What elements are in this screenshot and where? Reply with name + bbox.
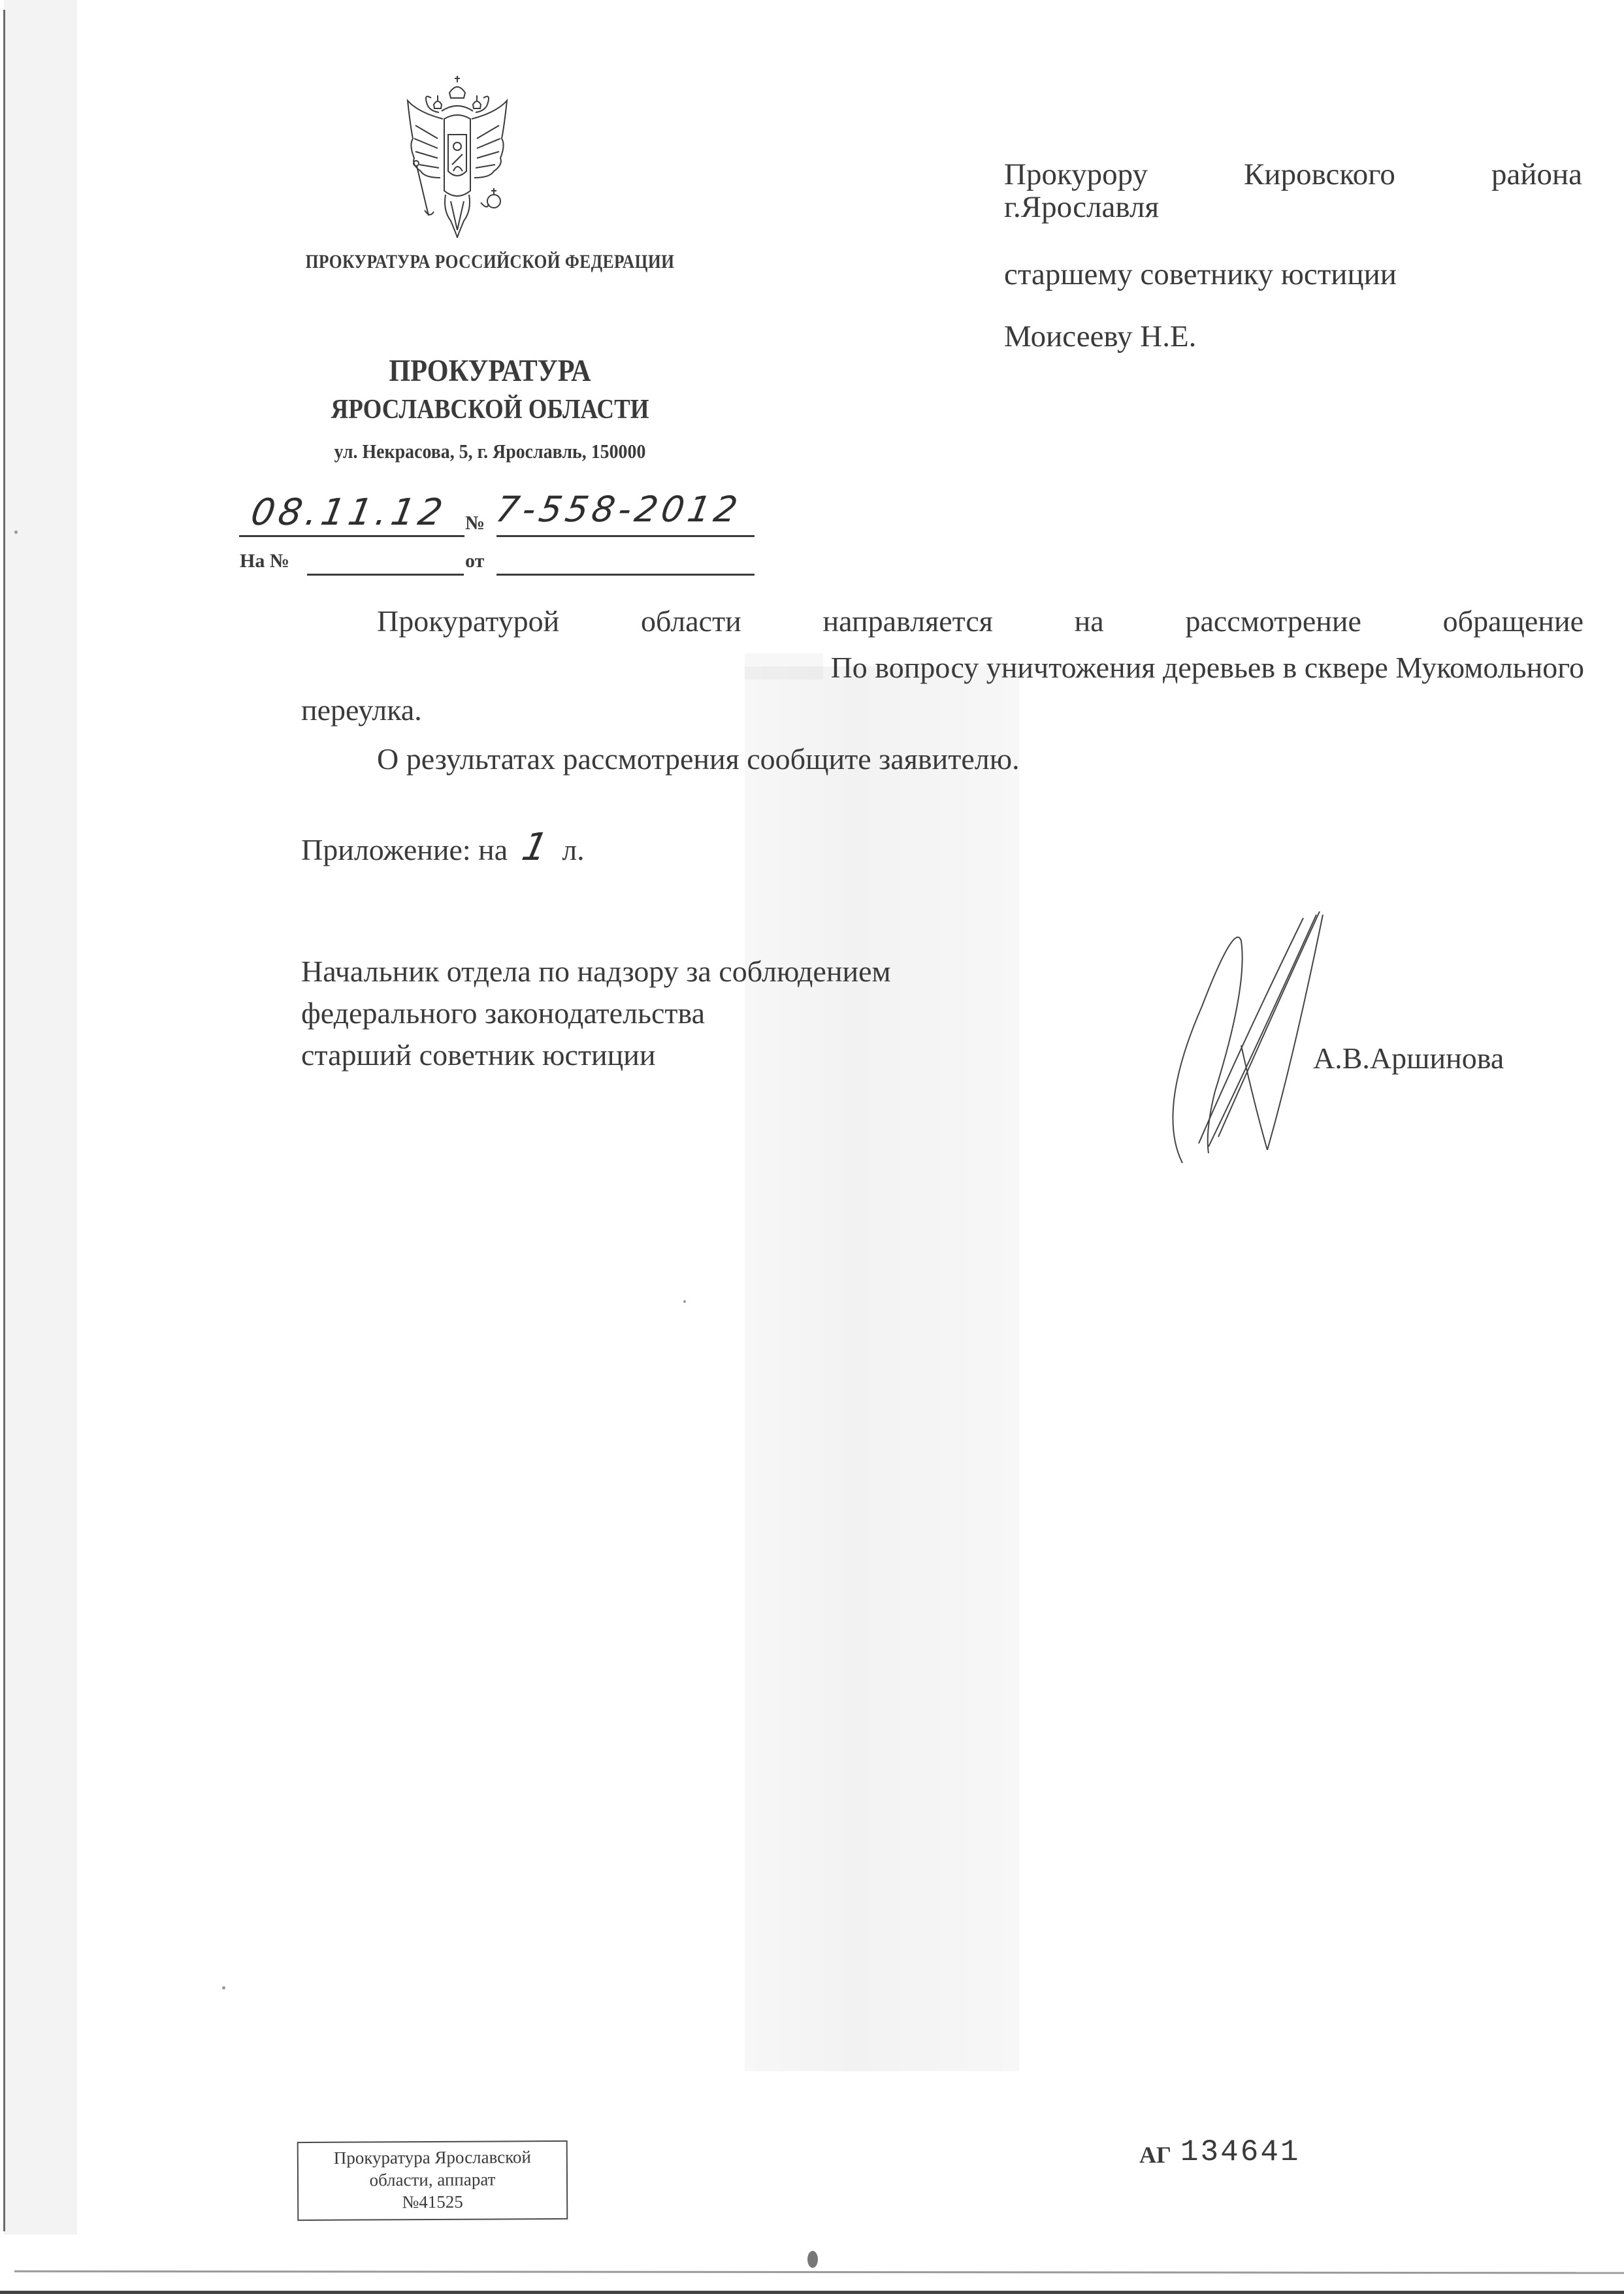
reference-date-label: от	[465, 550, 484, 572]
reference-date-field	[496, 574, 755, 576]
attachment-prefix: Приложение: на	[301, 833, 508, 866]
scan-speck	[683, 1300, 686, 1303]
addressee-rank: старшему советнику юстиции	[1004, 257, 1397, 292]
scan-page-edge	[3, 10, 5, 2231]
addressee-line2: г.Ярославля	[1004, 189, 1159, 225]
scan-bottom-border	[0, 2291, 1624, 2294]
form-serial-number: АГ134641	[1139, 2135, 1301, 2169]
serial-number: 134641	[1180, 2135, 1301, 2169]
stamp-line3: №41525	[299, 2190, 566, 2214]
scan-shadow	[745, 666, 1019, 2071]
reference-number-label: На №	[240, 550, 289, 572]
signatory-name: А.В.Аршинова	[1313, 1041, 1504, 1075]
federal-prosecutor-title: ПРОКУРАТУРА РОССИЙСКОЙ ФЕДЕРАЦИИ	[290, 251, 690, 273]
org-name-line1: ПРОКУРАТУРА	[260, 353, 720, 389]
scan-blot	[807, 2251, 818, 2268]
handwritten-signature-icon	[1143, 895, 1359, 1170]
position-line1: Начальник отдела по надзору за соблюдени…	[301, 951, 891, 992]
stamp-line2: области, аппарат	[299, 2168, 566, 2191]
number-underline	[496, 535, 755, 537]
coat-of-arms-icon	[405, 73, 510, 240]
addressee-line1: Прокурору Кировского района	[1004, 157, 1582, 192]
outgoing-number-field: 7-558-2012	[493, 489, 744, 530]
number-label: №	[465, 512, 485, 534]
body-paragraph-1-line3: переулка.	[301, 693, 422, 727]
attachment-count: 1	[510, 825, 559, 869]
attachment-note: Приложение: на 1 л.	[301, 825, 585, 869]
attachment-suffix: л.	[562, 833, 584, 866]
registration-stamp: Прокуратура Ярославской области, аппарат…	[297, 2140, 568, 2221]
position-line2: федерального законодательства	[301, 992, 891, 1034]
addressee-name: Моисееву Н.Е.	[1004, 319, 1196, 354]
body-paragraph-1-line2: По вопросу уничтожения деревьев в сквере…	[604, 650, 1584, 685]
scan-speck	[222, 1986, 225, 1990]
serial-prefix: АГ	[1139, 2142, 1171, 2168]
scan-margin-shade	[4, 0, 77, 2235]
scan-page-edge-bottom	[14, 2270, 1624, 2274]
reference-number-field	[307, 574, 464, 576]
org-address: ул. Некрасова, 5, г. Ярославль, 150000	[255, 440, 725, 463]
scan-speck	[14, 531, 18, 534]
org-name-line2: ЯРОСЛАВСКОЙ ОБЛАСТИ	[260, 394, 720, 425]
stamp-line1: Прокуратура Ярославской	[299, 2146, 566, 2169]
body-paragraph-2: О результатах рассмотрения сообщите заяв…	[377, 742, 1020, 776]
signatory-position: Начальник отдела по надзору за соблюдени…	[301, 951, 891, 1076]
outgoing-date-field: 08.11.12	[248, 491, 449, 534]
position-line3: старший советник юстиции	[301, 1034, 891, 1076]
date-underline	[239, 535, 464, 537]
body-paragraph-1-line1: Прокуратурой области направляется на рас…	[377, 604, 1583, 638]
